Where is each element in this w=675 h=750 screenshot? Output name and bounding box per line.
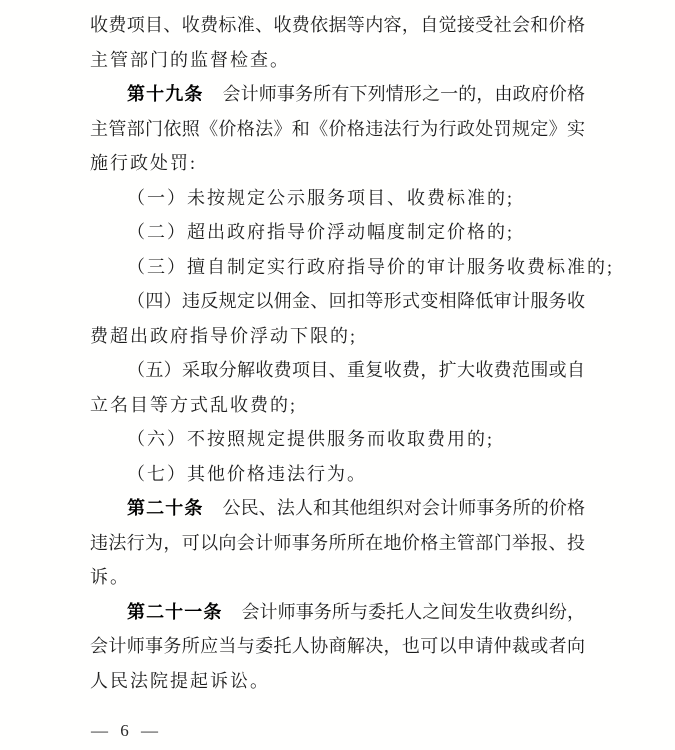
text-line-12: 立名目等方式乱收费的;: [90, 388, 585, 423]
text-line-10: 费超出政府指导价浮动下限的;: [90, 319, 585, 354]
text-line-3: 第十九条会计师事务所有下列情形之一的，由政府价格: [90, 77, 585, 112]
text-line-5: 施行政处罚:: [90, 146, 585, 181]
text-line-4: 主管部门依照《价格法》和《价格违法行为行政处罚规定》实: [90, 112, 585, 147]
text-line-19: 会计师事务所应当与委托人协商解决，也可以申请仲裁或者向: [90, 629, 585, 664]
text-block: 收费项目、收费标准、收费依据等内容，自觉接受社会和价格主管部门的监督检查。第十九…: [90, 8, 585, 698]
article-number: 第十九条: [127, 84, 204, 104]
text-line-20: 人民法院提起诉讼。: [90, 664, 585, 699]
page-number-label: — 6 —: [91, 721, 162, 740]
text-line-17: 诉。: [90, 560, 585, 595]
text-line-14: （七）其他价格违法行为。: [90, 457, 585, 492]
text-line-13: （六）不按照规定提供服务而收取费用的;: [90, 422, 585, 457]
article-number: 第二十一条: [127, 602, 222, 622]
text-line-7: （二）超出政府指导价浮动幅度制定价格的;: [90, 215, 585, 250]
text-line-18: 第二十一条会计师事务所与委托人之间发生收费纠纷，: [90, 595, 585, 630]
article-number: 第二十条: [127, 498, 204, 518]
text-line-11: （五）采取分解收费项目、重复收费，扩大收费范围或自: [90, 353, 585, 388]
page-number: — 6 —: [91, 715, 162, 747]
text-line-2: 主管部门的监督检查。: [90, 43, 585, 78]
text-line-16: 违法行为，可以向会计师事务所所在地价格主管部门举报、投: [90, 526, 585, 561]
text-line-8: （三）擅自制定实行政府指导价的审计服务收费标准的;: [90, 250, 585, 285]
text-line-15: 第二十条公民、法人和其他组织对会计师事务所的价格: [90, 491, 585, 526]
document-page: 收费项目、收费标准、收费依据等内容，自觉接受社会和价格主管部门的监督检查。第十九…: [0, 0, 675, 750]
text-line-6: （一）未按规定公示服务项目、收费标准的;: [90, 181, 585, 216]
text-line-1: 收费项目、收费标准、收费依据等内容，自觉接受社会和价格: [90, 8, 585, 43]
text-line-9: （四）违反规定以佣金、回扣等形式变相降低审计服务收: [90, 284, 585, 319]
